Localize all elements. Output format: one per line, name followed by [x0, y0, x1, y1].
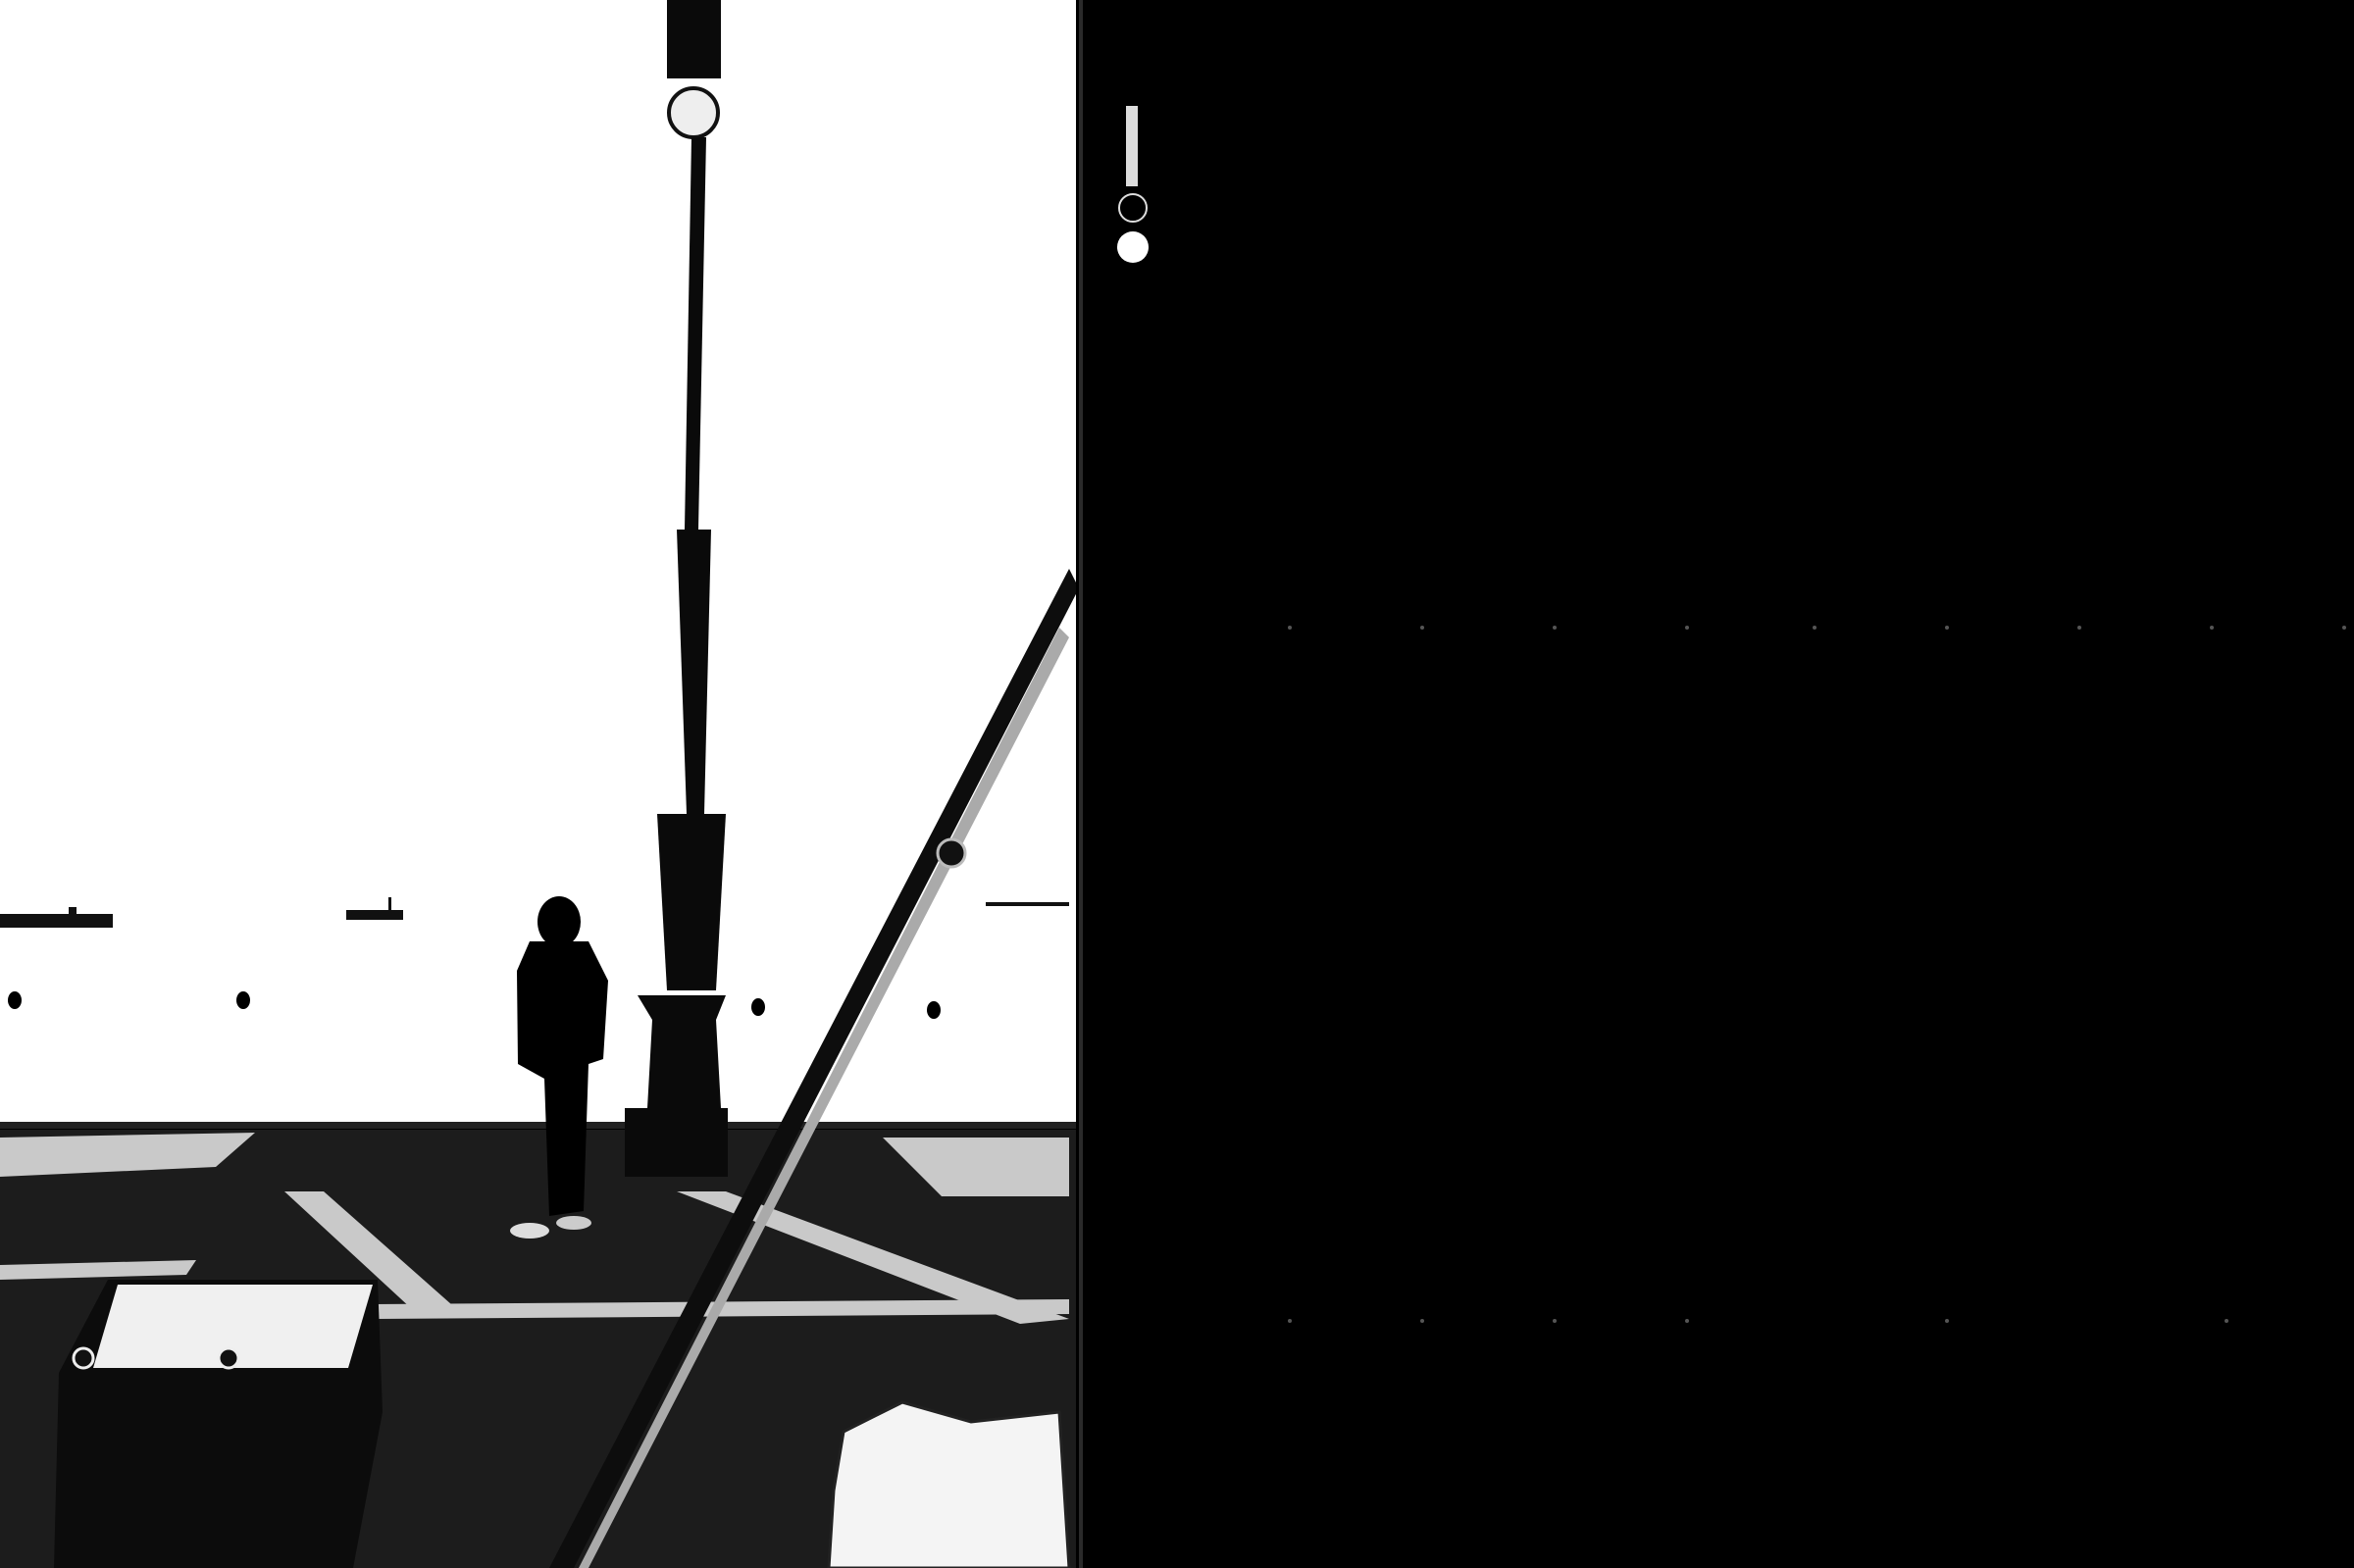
wall-edge [1079, 0, 1083, 1568]
paper-pile [829, 1402, 1069, 1568]
chain-railing [0, 1122, 1079, 1129]
dark-wall [1076, 0, 2354, 1568]
photo-canvas [0, 0, 2354, 1568]
photo-scene [0, 0, 2354, 1568]
metal-box [54, 1280, 383, 1568]
